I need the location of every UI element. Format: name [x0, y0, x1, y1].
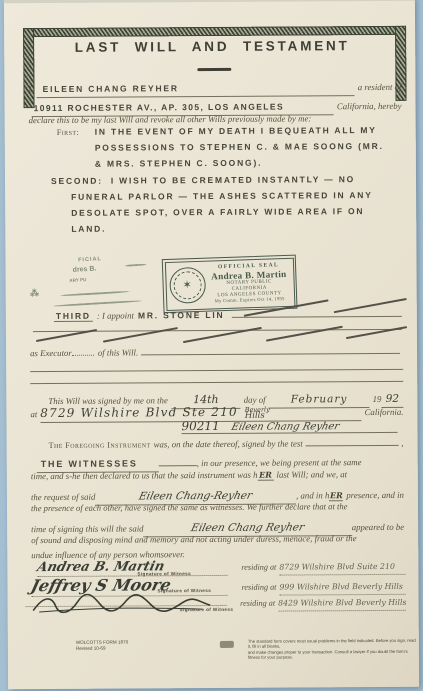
witness-signature-line: Andrea B. Martin	[37, 557, 227, 577]
attestation-text: appeared to be	[352, 522, 405, 532]
state-suffix: California, hereby	[337, 101, 402, 111]
testator-name-line: EILEEN CHANG REYHER	[37, 77, 355, 98]
third-clause-blank	[231, 316, 401, 318]
cross-out-stroke	[103, 327, 178, 342]
witness-address-line: 8729 Wilshire Blvd Suite 210	[279, 556, 405, 576]
witness-signature: Jeffrey S Moore	[29, 575, 173, 595]
witnesses-handwritten: THE WITNESSES	[41, 458, 138, 469]
executor-label: as Executor	[30, 348, 72, 358]
witness-address: 999 Wilshire Blvd Beverly Hills	[279, 582, 402, 592]
attestation-text: time of signing this will the said	[31, 523, 143, 534]
testator-signature-line: 90211 Eileen Chang Reyher	[181, 418, 397, 434]
attestation-text: , in our presence, we being present at t…	[197, 457, 362, 468]
attestation-text: ,	[401, 438, 403, 448]
notary-stamp: ✶ OFFICIAL SEAL Andrea B. Martin NOTARY …	[162, 255, 298, 314]
testator-name: EILEEN CHANG REYHER	[43, 83, 179, 94]
attestation-text: the presence of each other, have signed …	[31, 501, 348, 513]
attestation-text: was, on the date thereof, signed by the …	[154, 438, 303, 449]
seal-star-icon: ✶	[182, 280, 192, 291]
first-clause-line: IN THE EVENT OF MY DEATH I BEQUEATH ALL …	[95, 125, 377, 137]
witness-address: 8729 Wilshire Blvd Suite 210	[279, 562, 395, 572]
executor-line-blank	[141, 353, 400, 356]
form-number-block: WOLCOTTS FORM 1870 Revised 10-69	[76, 639, 186, 651]
title-divider	[197, 68, 231, 71]
declaration-text: declare this to be my last Will and revo…	[29, 113, 312, 125]
residing-label: residing at	[241, 583, 276, 592]
testator-name-handwritten: Eileen Chang-Reyher	[138, 490, 254, 503]
page-title: LAST WILL AND TESTAMENT	[34, 38, 390, 55]
her-handwritten: ER	[329, 490, 343, 501]
attestation-text: time, and s-he then declared to us that …	[31, 470, 258, 481]
signature-of-witness-label: Signature of Witness	[180, 607, 234, 612]
attestation-text: , and in h	[296, 490, 329, 500]
at-label: at	[30, 409, 37, 419]
testator-name-handwritten: Eileen Chang Reyher	[190, 521, 306, 534]
executor-appointee: MR. STONE LIN	[138, 310, 225, 321]
first-clause-line: POSSESSIONS TO STEPHEN C. & MAE SOONG (M…	[95, 141, 384, 153]
attestation-opening: The Foregoing Instrument	[49, 440, 151, 450]
second-clause-line: LAND.	[71, 224, 106, 234]
second-clause-line: DESOLATE SPOT, OVER A FAIRLY WIDE AREA I…	[71, 206, 364, 218]
state-label: California.	[365, 407, 404, 417]
residence-address: 10911 ROCHESTER AV., AP. 305, LOS ANGELE…	[34, 102, 285, 114]
residing-label: residing at	[241, 563, 276, 572]
witness-address: 8429 Wilshire Blvd Beverly Hills	[278, 598, 406, 608]
second-clause-line: FUNERAL PARLOR — THE ASHES SCATTERED IN …	[71, 190, 373, 202]
attestation-text: last Will; and we, at	[276, 469, 347, 479]
ruled-blank-line	[30, 369, 403, 372]
form-disclaimer-block: The standard form covers most usual prob…	[248, 638, 416, 660]
frame-top-border	[23, 26, 406, 37]
ghost-stamp-smear	[60, 291, 130, 297]
attestation-text: of sound and disposing mind and memory a…	[31, 533, 356, 545]
ruled-blank-line	[30, 381, 403, 384]
attestation-text: the request of said	[31, 492, 95, 502]
cross-out-stroke	[266, 326, 343, 342]
executor-blank	[72, 355, 94, 356]
first-clause-label: First:	[57, 128, 79, 137]
second-clause-label: SECOND:	[51, 176, 103, 186]
second-clause-line: I WISH TO BE CREMATED INSTANTLY — NO	[111, 174, 355, 185]
witness-address-line: 8429 Wilshire Blvd Beverly Hills	[278, 592, 406, 612]
ghost-stamp-fragment: ARY PU	[69, 277, 86, 283]
ghost-stamp-fragment: FICIAL	[78, 256, 102, 263]
ghost-stamp-smear	[53, 300, 143, 307]
form-disclaimer: and make changes proper to your transact…	[248, 648, 416, 660]
form-revision: Revised 10-69	[76, 645, 186, 651]
residing-label: residing at	[240, 599, 275, 608]
first-clause-line: & MRS. STEPHEN C. SOONG).	[95, 158, 262, 169]
testator-signature: Eileen Chang Reyher	[230, 421, 340, 433]
witness-signature-illegible-scrawl	[30, 593, 220, 616]
zip-value: 90211	[181, 419, 219, 433]
attestation-text: presence, and in	[346, 490, 404, 500]
third-clause-label: THIRD	[54, 311, 93, 322]
scanned-will-document: LAST WILL AND TESTAMENT I, EILEEN CHANG …	[0, 0, 423, 691]
i-prefix: I,	[28, 84, 33, 94]
notary-seal-emblem-icon: ✶	[169, 267, 206, 304]
ghost-stamp-fragment: dres B.	[73, 265, 97, 273]
paper-sheet: LAST WILL AND TESTAMENT I, EILEEN CHANG …	[4, 0, 419, 689]
cross-out-stroke	[346, 326, 407, 339]
attestation-blank	[306, 445, 399, 447]
of-this-will: of this Will.	[98, 347, 138, 357]
third-clause-printed: : I appoint	[97, 310, 134, 320]
signing-address: 8729 Wilshire Blvd Ste 210	[40, 405, 238, 420]
ghost-stamp-smear	[124, 264, 146, 267]
attestation-blank	[159, 465, 197, 466]
resident-suffix: a resident of	[358, 82, 402, 92]
footer-smudge	[220, 641, 234, 648]
ghost-stamp-smear: ⁂	[30, 288, 40, 300]
her-handwritten: ER	[257, 470, 273, 481]
